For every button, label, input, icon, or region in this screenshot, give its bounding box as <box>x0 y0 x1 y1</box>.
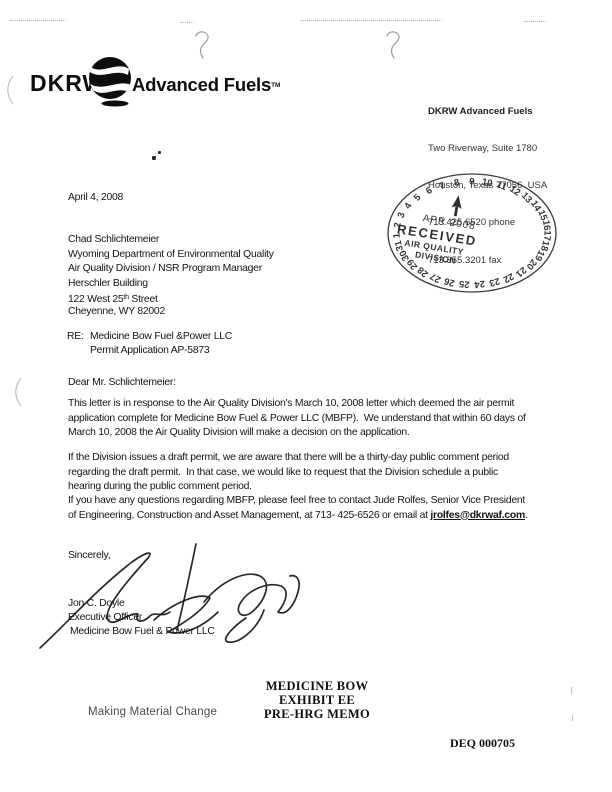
exhibit-stamp: MEDICINE BOW EXHIBIT EE PRE-HRG MEMO <box>238 679 396 721</box>
recipient-address: Chad Schlichtemeier Wyoming Department o… <box>68 233 274 291</box>
re-company: Medicine Bow Fuel &Power LLC <box>90 330 232 345</box>
trademark-symbol: TM <box>271 82 280 89</box>
scan-squiggle-mark <box>192 30 214 62</box>
salutation: Dear Mr. Schlichtemeier: <box>68 376 176 391</box>
re-label: RE: <box>67 330 90 345</box>
paragraph-1: This letter is in response to the Air Qu… <box>68 397 526 441</box>
received-stamp: 1234567891011121314151617181920212223242… <box>385 171 560 298</box>
scan-paren-mark <box>13 378 25 408</box>
svg-text:7: 7 <box>438 180 447 192</box>
re-line: RE: Medicine Bow Fuel &Power LLC <box>67 330 232 345</box>
paragraph-2: If the Division issues a draft permit, w… <box>68 451 509 495</box>
signer-name: Jon C. Doyle <box>68 597 124 612</box>
email-link[interactable]: jrolfes@dkrwaf.com <box>430 510 525 521</box>
svg-text:10: 10 <box>481 177 494 190</box>
re-permit: Permit Application AP-5873 <box>90 344 209 359</box>
scan-edge-mark <box>572 715 573 721</box>
svg-text:8: 8 <box>453 177 460 189</box>
svg-text:24: 24 <box>473 278 485 290</box>
svg-text:3: 3 <box>396 211 408 220</box>
scan-dot-mark <box>158 151 161 154</box>
svg-text:9: 9 <box>469 177 474 188</box>
scan-paren-mark <box>5 76 17 106</box>
paragraph-3: If you have any questions regarding MBFP… <box>68 494 528 523</box>
scan-artifact-dots <box>180 22 194 23</box>
letter-date: April 4, 2008 <box>68 191 123 206</box>
company-name: DKRW Advanced Fuels <box>428 106 547 118</box>
recipient-city: Cheyenne, WY 82002 <box>68 305 165 320</box>
svg-text:5: 5 <box>412 192 424 204</box>
watermark-text: Making Material Change <box>88 706 217 718</box>
svg-text:26: 26 <box>443 275 456 289</box>
bates-number: DEQ 000705 <box>450 736 515 751</box>
scan-edge-mark <box>571 687 572 694</box>
scan-dot-mark <box>152 156 156 160</box>
signer-title: Executive Officer <box>68 611 142 626</box>
scan-squiggle-mark <box>383 30 405 62</box>
scan-artifact-dots <box>10 20 66 21</box>
svg-text:4: 4 <box>402 200 415 211</box>
scanned-letter-page: DKRW Advanced FuelsTM DKRW Advanced Fuel… <box>0 0 612 792</box>
svg-text:11: 11 <box>495 179 509 193</box>
scan-artifact-dots <box>524 21 546 22</box>
svg-text:6: 6 <box>424 185 435 197</box>
svg-text:22: 22 <box>501 270 516 285</box>
logo-name: Advanced FuelsTM <box>132 74 280 96</box>
scan-artifact-dots <box>300 20 442 21</box>
stamp-arrow-icon <box>450 195 463 217</box>
svg-text:23: 23 <box>488 275 501 289</box>
company-street: Two Riverway, Suite 1780 <box>428 143 547 155</box>
svg-text:25: 25 <box>458 278 470 290</box>
signer-company: Medicine Bow Fuel & Power LLC <box>70 625 215 640</box>
